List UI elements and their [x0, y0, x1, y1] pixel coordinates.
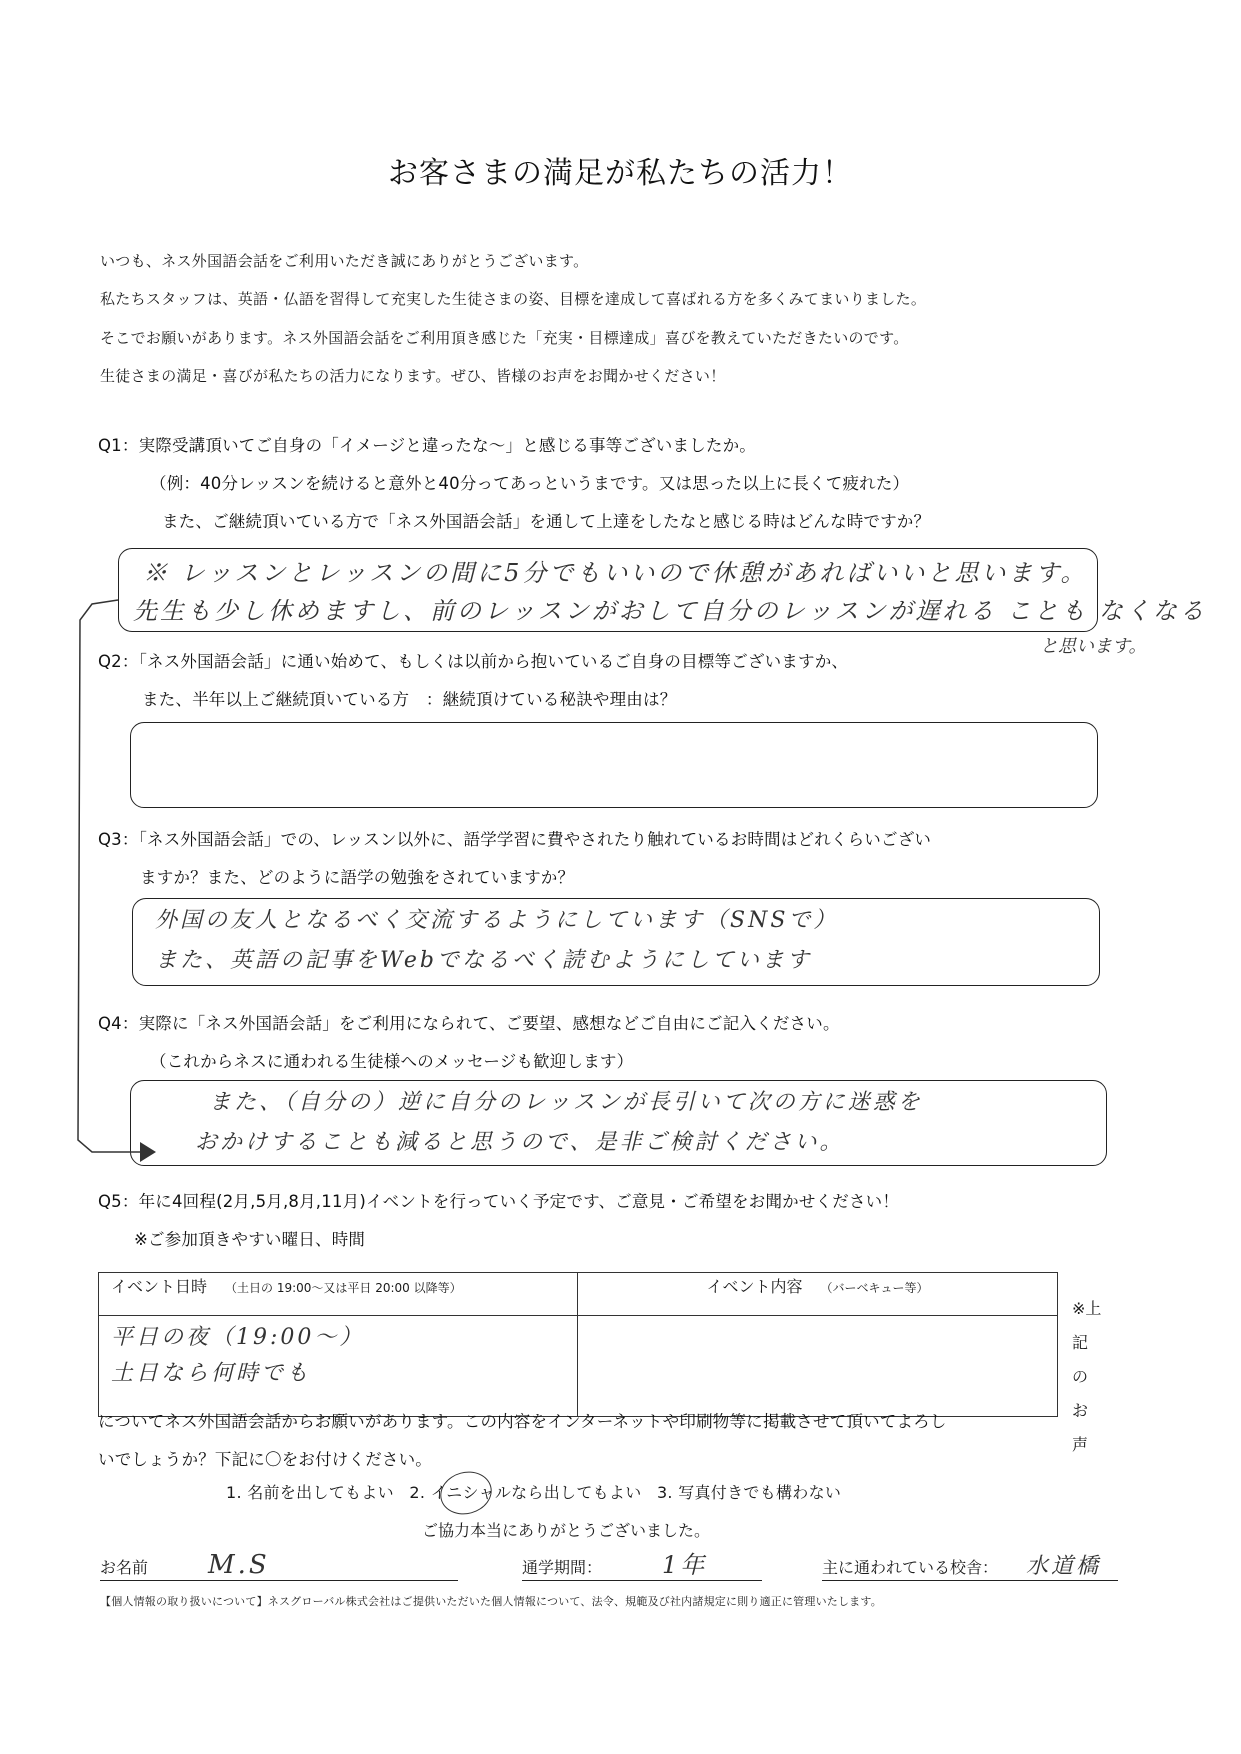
side-note-line-1: ※上: [1072, 1292, 1102, 1326]
option-name-ok[interactable]: 1. 名前を出してもよい: [226, 1480, 394, 1503]
q5-note: ※ご参加頂きやすい曜日、時間: [134, 1226, 365, 1250]
enrollment-period-field[interactable]: 通学期間： 1年: [522, 1548, 762, 1581]
privacy-notice: 【個人情報の取り扱いについて】ネスグローバル株式会社はご提供いただいた個人情報に…: [100, 1593, 882, 1609]
consent-line-1: についてネス外国語会話からお願いがあります。この内容をインターネットや印刷物等に…: [98, 1408, 947, 1432]
event-content-header-label: イベント内容: [706, 1277, 802, 1296]
school-value: 水道橋: [1026, 1549, 1101, 1580]
period-value: 1年: [662, 1545, 707, 1580]
name-value: M.S: [208, 1550, 270, 1580]
side-note-line-3: お声: [1072, 1394, 1102, 1462]
event-content-header: イベント内容（バーベキュー等）: [578, 1273, 1058, 1316]
period-label: 通学期間：: [522, 1555, 602, 1578]
name-field[interactable]: お名前 M.S: [100, 1548, 458, 1581]
q5-question: Q5：年に4回程(2月,5月,8月,11月)イベントを行っていく予定です、ご意見…: [98, 1188, 899, 1212]
event-datetime-hint: （土日の 19:00～又は平日 20:00 以降等）: [225, 1281, 462, 1295]
consent-options: 1. 名前を出してもよい 2. イニシャルなら出してもよい 3. 写真付きでも構…: [226, 1480, 851, 1503]
school-label: 主に通われている校舎：: [822, 1555, 998, 1578]
thanks-message: ご協力本当にありがとうございました。: [422, 1518, 710, 1541]
side-note: ※上 記の お声: [1072, 1292, 1102, 1462]
event-datetime-answer-2: 土日なら何時でも: [111, 1356, 565, 1392]
event-table: イベント日時（土日の 19:00～又は平日 20:00 以降等） イベント内容（…: [98, 1272, 1058, 1417]
event-datetime-header: イベント日時（土日の 19:00～又は平日 20:00 以降等）: [99, 1273, 578, 1316]
side-note-line-2: 記の: [1072, 1326, 1102, 1394]
event-content-hint: （バーベキュー等）: [821, 1281, 929, 1295]
event-datetime-header-label: イベント日時: [111, 1277, 207, 1296]
name-label: お名前: [100, 1555, 148, 1578]
event-datetime-answer-1: 平日の夜（19:00～）: [111, 1320, 565, 1356]
event-content-answer-cell[interactable]: [578, 1316, 1058, 1417]
consent-line-2: いでしょうか？下記に〇をお付けください。: [98, 1446, 432, 1470]
event-datetime-answer-cell[interactable]: 平日の夜（19:00～） 土日なら何時でも: [99, 1316, 578, 1417]
option-photo-ok[interactable]: 3. 写真付きでも構わない: [657, 1480, 841, 1503]
school-field[interactable]: 主に通われている校舎： 水道橋: [822, 1548, 1118, 1581]
